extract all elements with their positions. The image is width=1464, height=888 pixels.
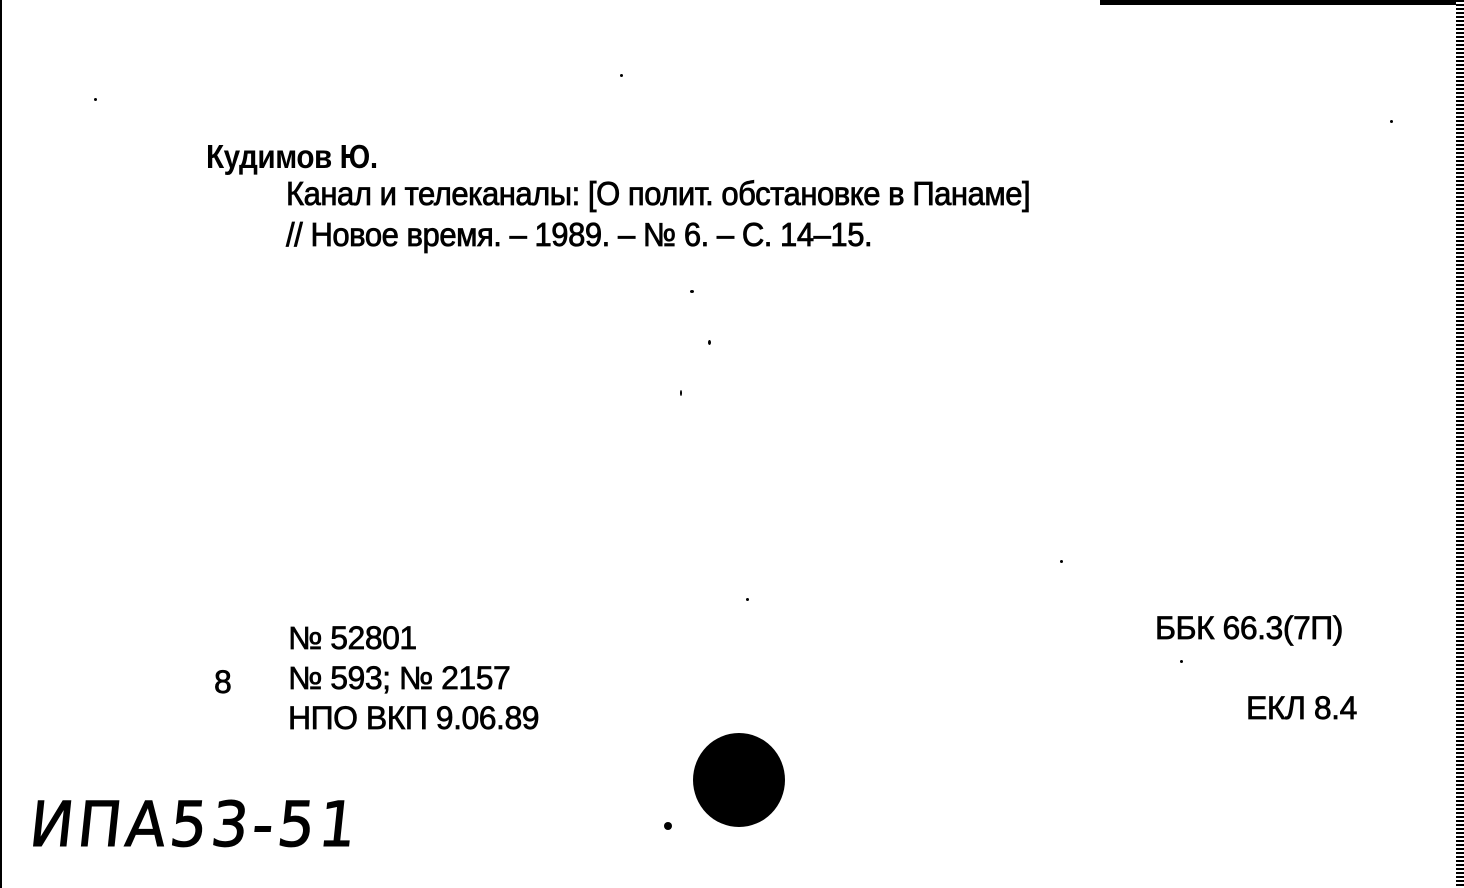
author-heading: Кудимов Ю. [206, 138, 378, 176]
scan-top-edge [1100, 0, 1464, 5]
publication-source: // Новое время. – 1989. – № 6. – С. 14–1… [286, 216, 872, 254]
scan-left-edge [0, 0, 2, 888]
scan-speck [708, 340, 711, 345]
processing-stamp: НПО ВКП 9.06.89 [288, 700, 539, 737]
scan-speck [1180, 660, 1183, 663]
scan-speck [1060, 560, 1063, 563]
handwritten-shelfmark: ИПА53-51 [26, 788, 364, 861]
copy-count: 8 [214, 664, 231, 701]
accession-number: № 52801 [288, 620, 417, 657]
punch-hole [693, 733, 785, 827]
scan-speck [94, 98, 97, 101]
scan-right-strip [1456, 0, 1464, 888]
scan-speck [690, 290, 694, 293]
scan-speck [746, 598, 749, 601]
scan-speck [1390, 120, 1393, 123]
bbk-classification: ББК 66.3(7П) [1155, 610, 1343, 647]
scan-speck [620, 74, 623, 77]
scan-speck [680, 390, 682, 396]
catalog-card: Кудимов Ю. Канал и телеканалы: [О полит.… [0, 0, 1464, 888]
ekl-classification: ЕКЛ 8.4 [1246, 690, 1357, 727]
scan-speck [664, 822, 672, 830]
article-title: Канал и телеканалы: [О полит. обстановке… [286, 175, 1030, 213]
accession-numbers-secondary: № 593; № 2157 [288, 660, 510, 697]
